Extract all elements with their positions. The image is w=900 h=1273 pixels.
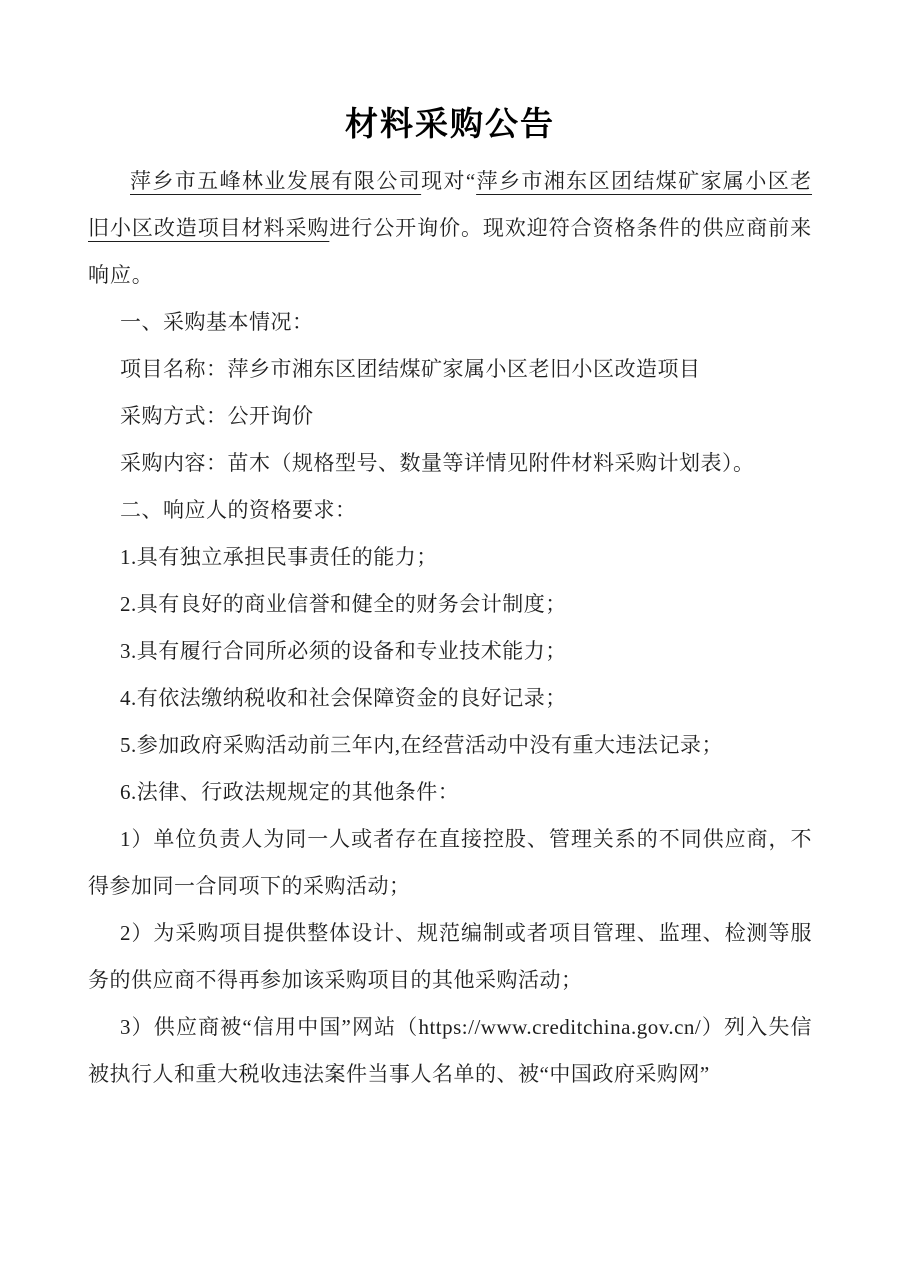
section2-subitem-3: 3）供应商被“信用中国”网站（https://www.creditchina.g… (88, 1004, 812, 1098)
subitem-3-pre: 3）供应商被“信用中国”网站（ (120, 1015, 418, 1039)
section2-item-3: 3.具有履行合同所必须的设备和专业技术能力； (88, 628, 812, 675)
intro-paragraph: 萍乡市五峰林业发展有限公司现对“萍乡市湘东区团结煤矿家属小区老旧小区改造项目材料… (88, 158, 812, 299)
page-title: 材料采购公告 (88, 102, 812, 148)
intro-connector: 现对“ (421, 169, 476, 193)
section1-heading: 一、采购基本情况： (88, 299, 812, 346)
section2-subitem-2: 2）为采购项目提供整体设计、规范编制或者项目管理、监理、检测等服务的供应商不得再… (88, 910, 812, 1004)
creditchina-url: https://www.creditchina.gov.cn/ (418, 1015, 701, 1039)
section2-item-4: 4.有依法缴纳税收和社会保障资金的良好记录； (88, 675, 812, 722)
section2-item-1: 1.具有独立承担民事责任的能力； (88, 534, 812, 581)
section2-item-2: 2.具有良好的商业信誉和健全的财务会计制度； (88, 581, 812, 628)
section2-item-6: 6.法律、行政法规规定的其他条件： (88, 769, 812, 816)
section2-item-5: 5.参加政府采购活动前三年内,在经营活动中没有重大违法记录； (88, 722, 812, 769)
section1-item-procurement-content: 采购内容：苗木（规格型号、数量等详情见附件材料采购计划表）。 (88, 440, 812, 487)
section1-item-project-name: 项目名称：萍乡市湘东区团结煤矿家属小区老旧小区改造项目 (88, 346, 812, 393)
section2-subitem-1: 1）单位负责人为同一人或者存在直接控股、管理关系的不同供应商，不得参加同一合同项… (88, 816, 812, 910)
section1-item-procurement-method: 采购方式：公开询价 (88, 393, 812, 440)
document-page: 材料采购公告 萍乡市五峰林业发展有限公司现对“萍乡市湘东区团结煤矿家属小区老旧小… (0, 0, 900, 1273)
buyer-name: 萍乡市五峰林业发展有限公司 (130, 169, 421, 193)
section2-heading: 二、响应人的资格要求： (88, 487, 812, 534)
